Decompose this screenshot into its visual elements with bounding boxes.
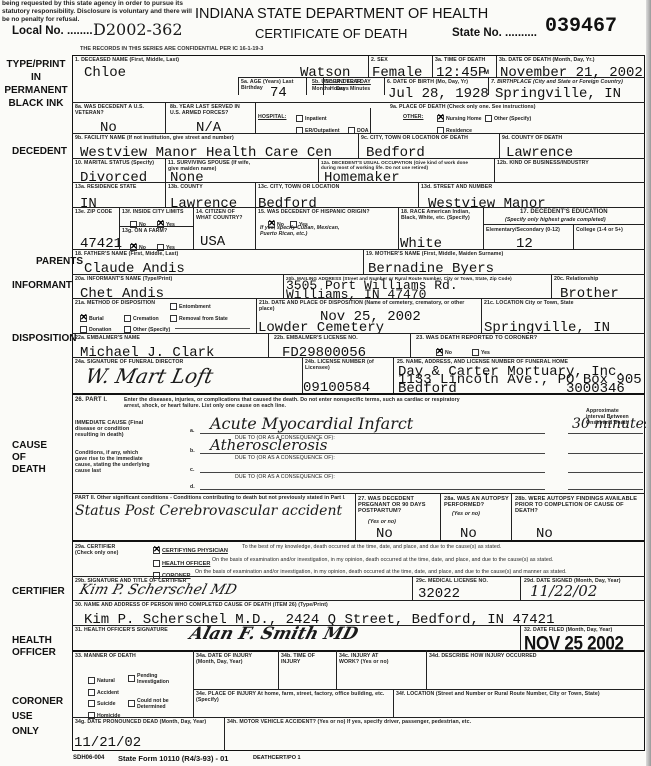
part2-conditions: Status Post Cerebrovascular accident: [75, 503, 342, 519]
side-coroner: CORONER USE ONLY: [12, 694, 62, 739]
form-title: CERTIFICATE OF DEATH: [255, 26, 407, 41]
er-outpatient-checkbox[interactable]: ER/Outpatient: [296, 122, 340, 140]
embalmer-label: 22a. EMBALMER'S NAME: [75, 335, 140, 341]
injury-time-label: 34b. TIME OF INJURY: [281, 653, 331, 665]
race-label: 18. RACE American Indian, Black, White, …: [401, 209, 481, 221]
side-decedent: DECEDENT: [12, 146, 67, 158]
letter-a: a.: [190, 428, 195, 434]
conditions-label: Conditions, if any, which gave rise to t…: [75, 450, 150, 474]
autopsy-yes-no: (Yes or no): [452, 511, 480, 517]
dob-label: 6. DATE OF BIRTH (Mo, Day, Yr): [387, 79, 468, 85]
cause-line-b: Atherosclerosis: [210, 436, 328, 454]
relationship-label: 20c. Relationship: [554, 276, 598, 282]
side-type-print: TYPE/PRINT IN PERMANENT BLACK INK: [2, 58, 70, 110]
age: 74: [270, 85, 287, 101]
health-officer-signature[interactable]: Alan F. Smith MD: [187, 624, 360, 644]
first-name: Chloe: [84, 65, 126, 81]
due-to-b: DUE TO (OR AS A CONSEQUENCE OF):: [235, 455, 335, 461]
cause-line-a: Acute Myocardial Infarct: [210, 414, 413, 433]
immediate-cause-label: IMMEDIATE CAUSE (Final disease or condit…: [75, 420, 150, 438]
certifier-label: 29a. CERTIFIER (Check only one): [75, 544, 130, 556]
injury-work-label: 34c. INJURY AT WORK? (Yes or no): [339, 653, 399, 665]
completer-label: 30. NAME AND ADDRESS OF PERSON WHO COMPL…: [75, 602, 328, 608]
other-label: OTHER:: [403, 114, 423, 120]
findings-label: 28b. WERE AUTOPSY FINDINGS AVAILABLE PRI…: [515, 496, 640, 514]
inside-city-label: 13f. INSIDE CITY LIMITS: [122, 209, 184, 215]
injury-desc-label: 34d. DESCRIBE HOW INJURY OCCURRED: [429, 653, 537, 659]
undetermined-checkbox[interactable]: Could not be Determined: [128, 695, 175, 713]
coroner-reported-label: 23. WAS DEATH REPORTED TO CORONER?: [416, 335, 537, 341]
side-informant: INFORMANT: [12, 280, 72, 292]
director-signature[interactable]: W. Mart Loft: [83, 364, 215, 388]
license-label: 24b. LICENSE NUMBER (of Licensee): [305, 359, 375, 371]
mother-label: 19. MOTHER'S NAME (First, Middle, Maiden…: [366, 251, 503, 257]
coroner-text: On the basis of examination and/or inves…: [195, 569, 567, 575]
pronounced-label: 34g. DATE PRONOUNCED DEAD (Month, Day, Y…: [75, 719, 206, 725]
injury-date-label: 34a. DATE OF INJURY (Month, Day, Year): [196, 653, 271, 665]
pregnant-label: 27. WAS DECEDENT PREGNANT OR 90 DAYS POS…: [358, 496, 438, 514]
zip-label: 13e. ZIP CODE: [75, 209, 112, 215]
res-street-label: 13d. STREET AND NUMBER: [421, 184, 492, 190]
certifier-signature[interactable]: Kim P. Scherschel MD: [78, 582, 239, 598]
part1-label: 26. PART I.: [75, 397, 107, 403]
res-city-label: 13c. CITY, TOWN OR LOCATION: [258, 184, 339, 190]
date-of-birth: Jul 28, 1928: [388, 86, 489, 102]
method-label: 21a. METHOD OF DISPOSITION: [75, 300, 155, 306]
side-disposition: DISPOSITION: [12, 333, 76, 345]
state-no: 039467: [545, 15, 617, 38]
part2-label: PART II. Other significant conditions - …: [75, 495, 345, 501]
letter-b: b.: [190, 448, 195, 454]
marital-label: 10. MARITAL STATUS (Specify): [75, 160, 155, 166]
letter-c: c.: [190, 467, 195, 473]
birthplace-label: 7. BIRTHPLACE (City and State or Foreign…: [491, 79, 623, 85]
hours-label: Hours: [330, 86, 346, 92]
embalmer-license-label: 22b. EMBALMER'S LICENSE NO.: [274, 335, 358, 341]
confidential-note: THE RECORDS IN THIS SERIES ARE CONFIDENT…: [80, 46, 263, 52]
health-officer-text: On the basis of examination and/or inves…: [212, 557, 553, 563]
footer-ref: DEATHCERT/PO 1: [253, 755, 301, 761]
time-suffix: M: [484, 70, 489, 76]
pregnant-yes-no: (Yes or no): [368, 519, 396, 525]
county-of-death-label: 9d. COUNTY OF DEATH: [502, 135, 562, 141]
name-label: 1. DECEASED NAME (First, Middle, Last): [75, 57, 179, 63]
manner-label: 33. MANNER OF DEATH: [75, 653, 136, 659]
letter-d: d.: [190, 484, 195, 490]
interval-a: 30 minutes: [572, 416, 651, 432]
college-label: College (1-4 or 5+): [576, 227, 623, 233]
other-specify-checkbox[interactable]: Other (Specify): [485, 110, 531, 128]
hispanic-label: 15. WAS DECEDENT OF HISPANIC ORIGIN?: [258, 209, 370, 215]
father-label: 18. FATHER'S NAME (First, Middle, Last): [75, 251, 178, 257]
injury-location-label: 34f. LOCATION (Street and Number or Rura…: [396, 691, 600, 697]
year-served-label: 8b. YEAR LAST SERVED IN U.S. ARMED FORCE…: [170, 104, 250, 116]
education-label: 17. DECEDENT'S EDUCATION: [520, 209, 608, 215]
occupation-label: 12a. DECEDENT'S USUAL OCCUPATION (Give k…: [321, 160, 471, 170]
health-officer-signature-label: 31. HEALTH OFFICER'S SIGNATURE: [75, 627, 168, 633]
under-1-day-label: 5c. UNDER 1 DAY: [326, 79, 371, 85]
informant-name-label: 20a. INFORMANT'S NAME (Type/Print): [75, 276, 172, 282]
physician-text: To the best of my knowledge, death occur…: [242, 544, 501, 550]
injury-place-label: 34e. PLACE OF INJURY At home, farm, stre…: [196, 691, 386, 703]
res-state-label: 13a. RESIDENCE STATE: [75, 184, 136, 190]
hispanic-note: If yes, specify Cuban, Mexican, Puerto R…: [260, 225, 350, 237]
sex-label: 2. SEX: [371, 57, 388, 63]
motor-vehicle-label: 34h. MOTOR VEHICLE ACCIDENT? (Yes or no)…: [227, 719, 471, 725]
part1-instructions: Enter the diseases, injuries, or complic…: [124, 397, 474, 409]
months-label: Months: [312, 86, 331, 92]
scan-edge: [646, 0, 651, 766]
location-label: 21c. LOCATION City or Town, State: [484, 300, 574, 306]
date-of-death-label: 3b. DATE OF DEATH (Month, Day, Yr.): [499, 57, 595, 63]
med-license-label: 29c. MEDICAL LICENSE NO.: [416, 578, 488, 584]
date-pronounced: 11/21/02: [74, 735, 141, 751]
date-signed: 11/22/02: [530, 582, 597, 600]
side-health-officer: HEALTH OFFICER: [12, 635, 62, 659]
minutes-label: Minutes: [350, 86, 370, 92]
side-certifier: CERTIFIER: [12, 586, 65, 598]
footer-form: State Form 10110 (R4/3-93) - 01: [118, 754, 228, 763]
facility-label: 9b. FACILITY NAME (If not institution, g…: [75, 135, 234, 141]
due-to-c: DUE TO (OR AS A CONSEQUENCE OF):: [235, 474, 335, 480]
citizen-label: 14. CITIZEN OF WHAT COUNTRY?: [196, 209, 251, 221]
birthplace: Springville, IN: [495, 86, 621, 102]
agency-title: INDIANA STATE DEPARTMENT OF HEALTH: [195, 6, 488, 22]
hospital-label: HOSPITAL:: [258, 114, 286, 120]
city-of-death-label: 9c. CITY, TOWN OR LOCATION OF DEATH: [361, 135, 468, 141]
veteran-label: 8a. WAS DECEDENT A U.S. VETERAN?: [75, 104, 155, 116]
local-no-label: Local No. ........: [12, 25, 93, 37]
farm-label: 13g. ON A FARM?: [122, 228, 167, 234]
autopsy-label: 28a. WAS AN AUTOPSY PERFORMED?: [444, 496, 509, 508]
education-note: (Specify only highest grade completed): [505, 217, 606, 223]
footer-code: SDH06-004: [73, 755, 104, 761]
business-label: 12b. KIND OF BUSINESS/INDUSTRY: [497, 160, 589, 166]
time-label: 3a. TIME OF DEATH: [435, 57, 485, 63]
pending-checkbox[interactable]: Pending Investigation: [128, 670, 175, 688]
res-county-label: 13b. COUNTY: [168, 184, 203, 190]
state-no-label: State No. ..........: [452, 27, 537, 39]
elementary-label: Elementary/Secondary (0-12): [486, 227, 560, 233]
removal-checkbox[interactable]: Removal from State: [170, 310, 228, 328]
citizen-country: USA: [200, 234, 225, 250]
local-no: D2002-362: [93, 20, 183, 39]
side-cause-of-death: CAUSE OF DEATH: [12, 440, 60, 476]
